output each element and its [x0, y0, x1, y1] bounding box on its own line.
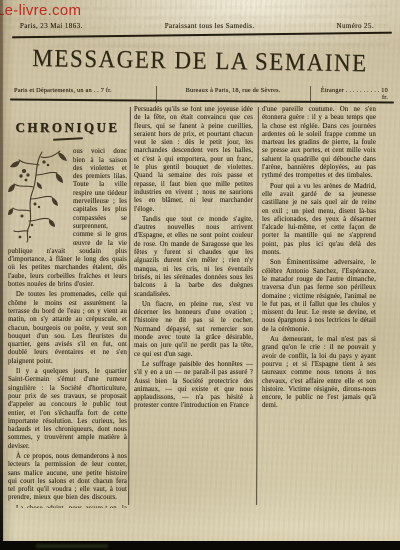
section-heading: CHRONIQUE	[8, 124, 127, 133]
column-rule-left	[128, 107, 131, 505]
column-left: CHRONIQUE	[8, 108, 127, 508]
body-paragraph: Tandis que tout ce monde s'agite, d'autr…	[134, 216, 253, 299]
bottom-smudge	[36, 544, 108, 548]
body-paragraph: La chose advint, nous assure-t-on, la se…	[8, 505, 127, 508]
column-right: d'une pareille coutume. On ne s'en étonn…	[262, 106, 376, 508]
body-paragraph: À ce propos, nous demanderons à nos lect…	[8, 453, 127, 503]
body-paragraph: Persuadés qu'ils se font une joyeuse idé…	[134, 106, 253, 214]
body-paragraph: Pour qui a vu les arènes de Madrid, elle…	[262, 183, 376, 258]
body-paragraph: Au demeurant, le mal n'est pas si grand …	[262, 336, 376, 411]
header-rule	[12, 32, 392, 39]
dateline-row: Paris, 23 Mai 1863. Paraissant tous les …	[0, 22, 400, 30]
column-middle: Persuadés qu'ils se font une joyeuse idé…	[134, 106, 253, 508]
body-paragraph: d'une pareille coutume. On ne s'en étonn…	[262, 106, 376, 181]
floral-initial-ornament	[8, 149, 70, 243]
body-paragraph: De toutes les promenades, celle qui chôm…	[8, 291, 127, 366]
body-paragraph: Le suffrage paisible des honnêtes — s'il…	[134, 361, 253, 411]
library-watermark: Le-livre.com	[0, 2, 81, 19]
scan-left-edge-shadow	[0, 0, 3, 550]
column-rule-right	[256, 107, 259, 505]
body-paragraph: Un fiacre, en pleine rue, s'est vu décer…	[134, 301, 253, 359]
newspaper-scan-page: avis divers feuilleton du dimanche corre…	[0, 0, 400, 550]
printed-sheet: Le-livre.com Paris, 23 Mai 1863. Paraiss…	[0, 0, 400, 550]
heading-ornament	[52, 138, 82, 142]
publication-frequency: Paraissant tous les Samedis.	[165, 22, 255, 30]
body-paragraph: Son Éminentissime adversaire, le célèbre…	[262, 259, 376, 334]
publication-date: Paris, 23 Mai 1863.	[20, 22, 83, 30]
masthead-title: MESSAGER DE LA SEMAINE	[0, 44, 400, 78]
body-paragraph: Il y a quelques jours, le quartier Saint…	[8, 368, 127, 451]
issue-number: Numéro 25.	[337, 22, 374, 30]
